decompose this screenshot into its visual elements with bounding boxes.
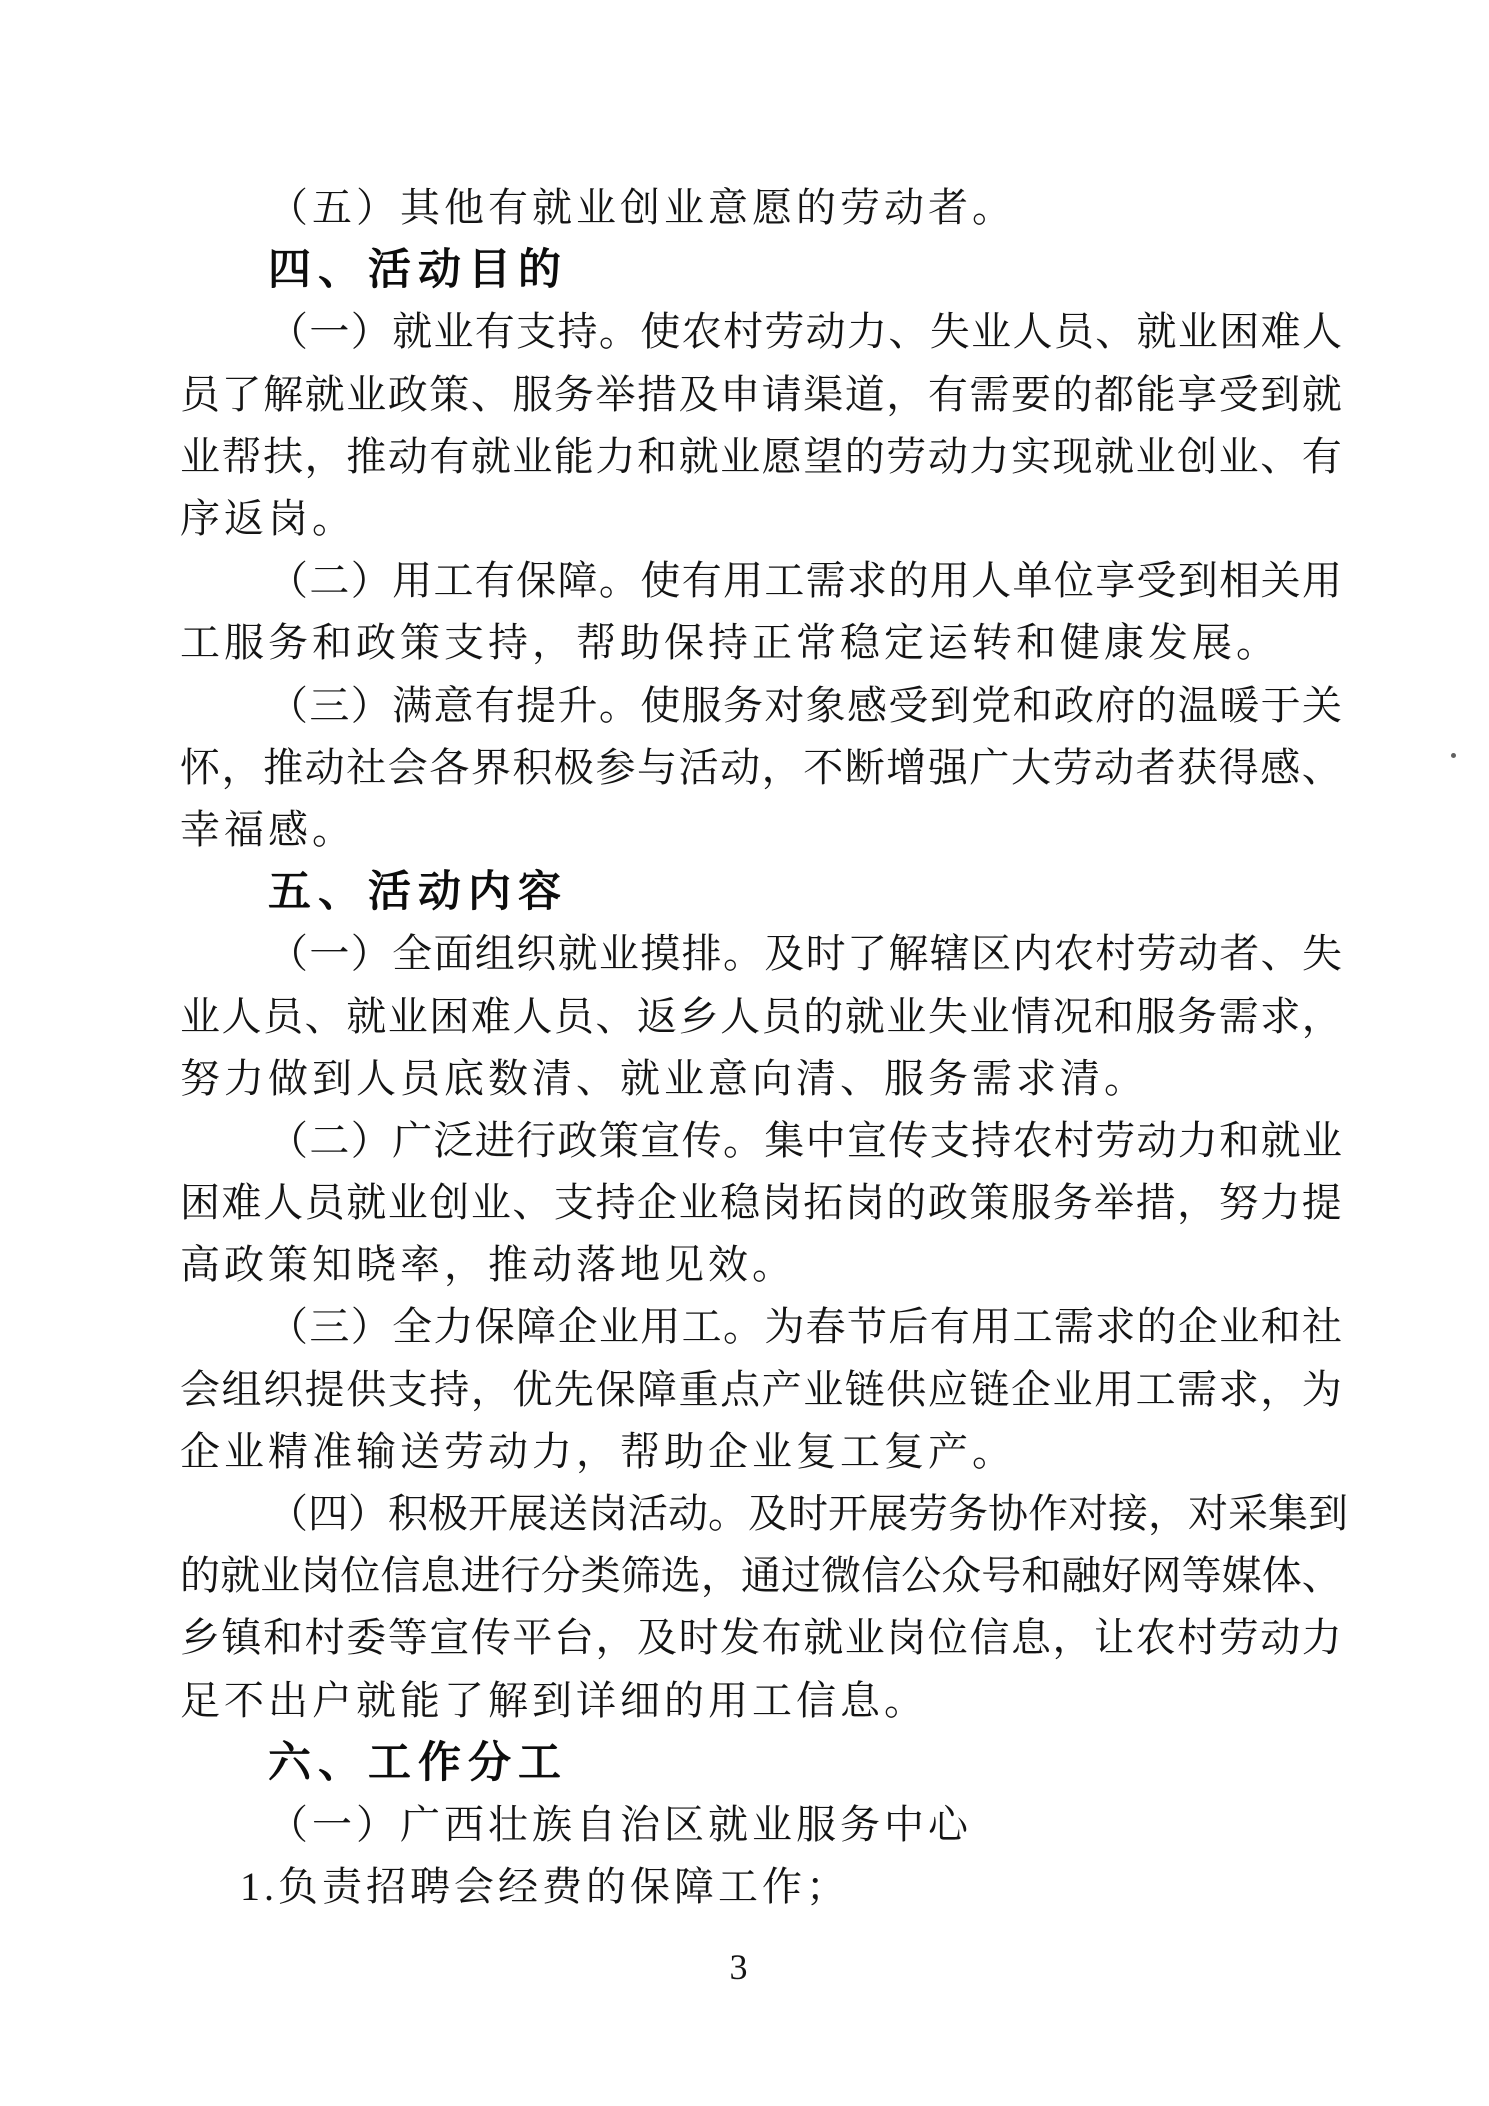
text-line: （一）广西壮族自治区就业服务中心: [180, 1794, 1342, 1856]
section-heading: 六、工作分工: [180, 1732, 1342, 1794]
text-line: （四）积极开展送岗活动。及时开展劳务协作对接，对采集到: [180, 1483, 1342, 1545]
text-line: 会组织提供支持，优先保障重点产业链供应链企业用工需求，为: [180, 1359, 1342, 1421]
text-line: 高政策知晓率，推动落地见效。: [180, 1234, 1342, 1296]
text-line: （五）其他有就业创业意愿的劳动者。: [180, 177, 1342, 239]
section-heading: 四、活动目的: [180, 239, 1342, 301]
text-line: （三）满意有提升。使服务对象感受到党和政府的温暖于关: [180, 675, 1342, 737]
text-line: 员了解就业政策、服务举措及申请渠道，有需要的都能享受到就: [180, 364, 1342, 426]
section-heading: 五、活动内容: [180, 861, 1342, 923]
text-line: 乡镇和村委等宣传平台，及时发布就业岗位信息，让农村劳动力: [180, 1607, 1342, 1669]
text-line: 怀，推动社会各界积极参与活动，不断增强广大劳动者获得感、: [180, 737, 1342, 799]
text-line: 的就业岗位信息进行分类筛选，通过微信公众号和融好网等媒体、: [180, 1545, 1342, 1607]
text-line: （一）就业有支持。使农村劳动力、失业人员、就业困难人: [180, 301, 1342, 363]
text-line: 努力做到人员底数清、就业意向清、服务需求清。: [180, 1048, 1342, 1110]
text-line: 业人员、就业困难人员、返乡人员的就业失业情况和服务需求，: [180, 985, 1342, 1047]
text-line: 业帮扶，推动有就业能力和就业愿望的劳动力实现就业创业、有: [180, 426, 1342, 488]
page-number: 3: [0, 1946, 1483, 1988]
text-line: （二）用工有保障。使有用工需求的用人单位享受到相关用: [180, 550, 1342, 612]
text-line: 工服务和政策支持，帮助保持正常稳定运转和健康发展。: [180, 612, 1342, 674]
text-line: 1.负责招聘会经费的保障工作；: [180, 1856, 1342, 1918]
text-line: 足不出户就能了解到详细的用工信息。: [180, 1670, 1342, 1732]
text-line: （二）广泛进行政策宣传。集中宣传支持农村劳动力和就业: [180, 1110, 1342, 1172]
text-line: 困难人员就业创业、支持企业稳岗拓岗的政策服务举措，努力提: [180, 1172, 1342, 1234]
text-line: 幸福感。: [180, 799, 1342, 861]
text-line: 序返岗。: [180, 488, 1342, 550]
document-page: （五）其他有就业创业意愿的劳动者。四、活动目的（一）就业有支持。使农村劳动力、失…: [0, 0, 1489, 2106]
scan-speck-artifact: [1451, 753, 1456, 758]
text-line: （三）全力保障企业用工。为春节后有用工需求的企业和社: [180, 1296, 1342, 1358]
text-line: （一）全面组织就业摸排。及时了解辖区内农村劳动者、失: [180, 923, 1342, 985]
text-line: 企业精准输送劳动力，帮助企业复工复产。: [180, 1421, 1342, 1483]
document-text-block: （五）其他有就业创业意愿的劳动者。四、活动目的（一）就业有支持。使农村劳动力、失…: [180, 177, 1342, 1918]
